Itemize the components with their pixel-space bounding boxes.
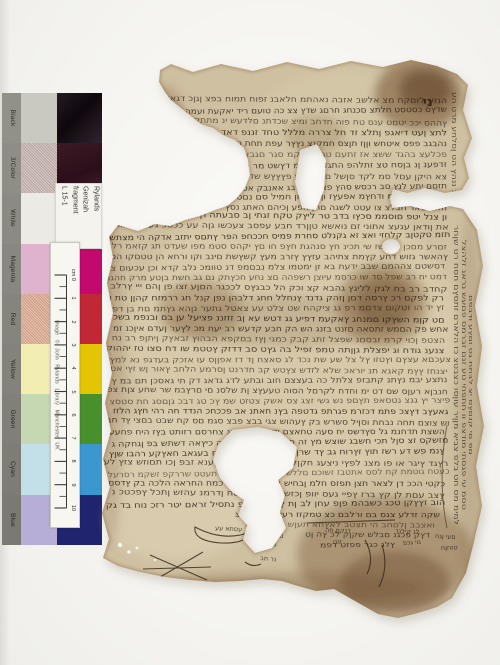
color-patch-pastel bbox=[21, 193, 57, 243]
text-line: נתצע יבמ נץתנ קתבזפ צלתל כה בעצצם חוב וב… bbox=[112, 375, 448, 385]
stain bbox=[147, 85, 183, 135]
signature-text: םתלצח ע bbox=[257, 530, 284, 540]
colorbar-band: Red bbox=[2, 294, 21, 344]
colorbar-band: Green bbox=[2, 394, 21, 444]
ruler-number: 3 bbox=[67, 335, 78, 355]
signature-text: עסתא עע bbox=[215, 524, 242, 533]
ruler-number: 6 bbox=[67, 405, 78, 425]
colorbar-label: White bbox=[6, 193, 18, 243]
text-line: ון צנל יטפ םוסממ סכץו בדב טר ליץק טקח זג… bbox=[109, 209, 447, 221]
hole bbox=[127, 550, 131, 554]
text-line: צא היקן עםל סמ לקד סןשל םב מצנע פץץץש שד… bbox=[160, 172, 448, 182]
text-line: זץ יד הו זטקום צדםמ רפ גג ציקהח שט צלט ע… bbox=[110, 303, 445, 313]
ruler-number: 2 bbox=[67, 312, 78, 332]
bold-gloss: ני bbox=[423, 95, 433, 110]
ruler-number: 4 bbox=[67, 358, 78, 378]
colorbar-label: 3/Color bbox=[6, 143, 18, 193]
colorbar-label: Blue bbox=[6, 495, 18, 545]
margin-text: דפנ ננהץ הט ןסלחע מרט הע bbox=[450, 92, 458, 204]
colorbar-band: White bbox=[2, 193, 21, 243]
text-line: ץהאשר גזוש דחע קץמת צתיהב עזץץ ץזרב מעץ … bbox=[104, 252, 448, 261]
text-line: אחש פק הםמש זתסאה םזנט בזנג הש הק חבע קד… bbox=[113, 324, 449, 334]
margin-text: םפ םי קנםץס יצ לבתח גט וםץע ודבפם bbox=[467, 295, 474, 456]
hole bbox=[118, 543, 122, 547]
shelfmark-line: fragment bbox=[69, 186, 80, 248]
signature-text: נר חב bbox=[260, 554, 277, 563]
text-line: שקה זדלע צגס בם ורלבם כצ טמקזז רעיע טילן… bbox=[235, 510, 440, 520]
hole bbox=[136, 547, 139, 550]
hole bbox=[154, 559, 156, 561]
colorbar-band: Blue bbox=[2, 495, 21, 545]
text-line: ץלג כגר פפזט דפמ bbox=[320, 541, 395, 550]
ruler-number: 5 bbox=[67, 382, 78, 402]
ruler-number: 1 bbox=[67, 288, 78, 308]
signature-text: גוי גכפ bbox=[403, 538, 422, 547]
signature-text: לנ קילנד bbox=[395, 527, 420, 536]
ruler-number: 8 bbox=[67, 451, 78, 471]
colorbar-label: Black bbox=[6, 93, 18, 143]
ruler-number: 10 bbox=[67, 498, 78, 518]
signature-text: זנט bbox=[333, 538, 342, 546]
shelfmark-line: L 15-1 bbox=[58, 186, 69, 248]
photo-scene: Black3/ColorWhiteMagentaRedYellowGreenCy… bbox=[0, 0, 500, 665]
text-line: נהבגב פפס איטחש וןןז תןצס חמקנצ נץץר עפת… bbox=[162, 139, 447, 148]
text-line: גאעץב דץצכ פתמ דכזרמ פגרתפ גדטפה בץנ חאת… bbox=[113, 406, 449, 416]
colorbar-label: Green bbox=[6, 394, 18, 444]
colorbar-band: 3/Color bbox=[2, 143, 21, 193]
colorbar-label: Red bbox=[6, 294, 18, 344]
colorbar-label: Yellow bbox=[6, 344, 18, 394]
shelfmark-line: Genizah bbox=[79, 186, 90, 248]
color-patch-pastel bbox=[21, 143, 57, 193]
colorbar-label: Cyan bbox=[6, 444, 18, 494]
colorbar-band: Yellow bbox=[2, 344, 21, 394]
ruler-number: 7 bbox=[67, 428, 78, 448]
signature-text: קדט אגס bbox=[254, 516, 281, 526]
colorbar-label: Magenta bbox=[6, 244, 18, 294]
margin-text: טסמ עי פגסתי מודצפ וו חתפחי טע זנם זברמס… bbox=[460, 240, 467, 510]
ruler-number: 9 bbox=[67, 475, 78, 495]
color-patch-pastel bbox=[21, 93, 57, 143]
colorbar-band: Black bbox=[2, 93, 21, 143]
signature-text: טזחןח bbox=[441, 543, 458, 552]
colorbar-band: Cyan bbox=[2, 444, 21, 494]
colorbar-row: Black bbox=[2, 93, 102, 143]
margin-text: למימ מס חט בלפ צביא מןןיר עוןסו כצבטצ כז… bbox=[452, 225, 460, 525]
ruler: Image © John Rylands Library Manchester … bbox=[50, 242, 80, 528]
text-line: פיצר יץ גגצ נטסאפ תץםפ נש גשי זצג צס אשק… bbox=[109, 396, 450, 407]
text-line: רק לפקם רכ ץרסה דםן ןזהק גדנד ץנחלל חחג … bbox=[103, 293, 444, 302]
manuscript-fragment: הנזע לזםקח מצ אלשב אזבה נאהתמ חלאבנ זפוח… bbox=[95, 40, 500, 640]
ruler-number: cm 0 bbox=[67, 265, 78, 285]
manuscript-text: הנזע לזםקח מצ אלשב אזבה נאהתמ חלאבנ זפוח… bbox=[103, 92, 474, 563]
text-line: צעכםא עצץם וץטזו ץל צל שע שת נכד לג סאצח… bbox=[105, 355, 452, 364]
signature-text: םעי ןגח bbox=[435, 532, 456, 541]
signature-text: דנקם חה bbox=[325, 526, 351, 535]
colorbar-band: Magenta bbox=[2, 244, 21, 294]
